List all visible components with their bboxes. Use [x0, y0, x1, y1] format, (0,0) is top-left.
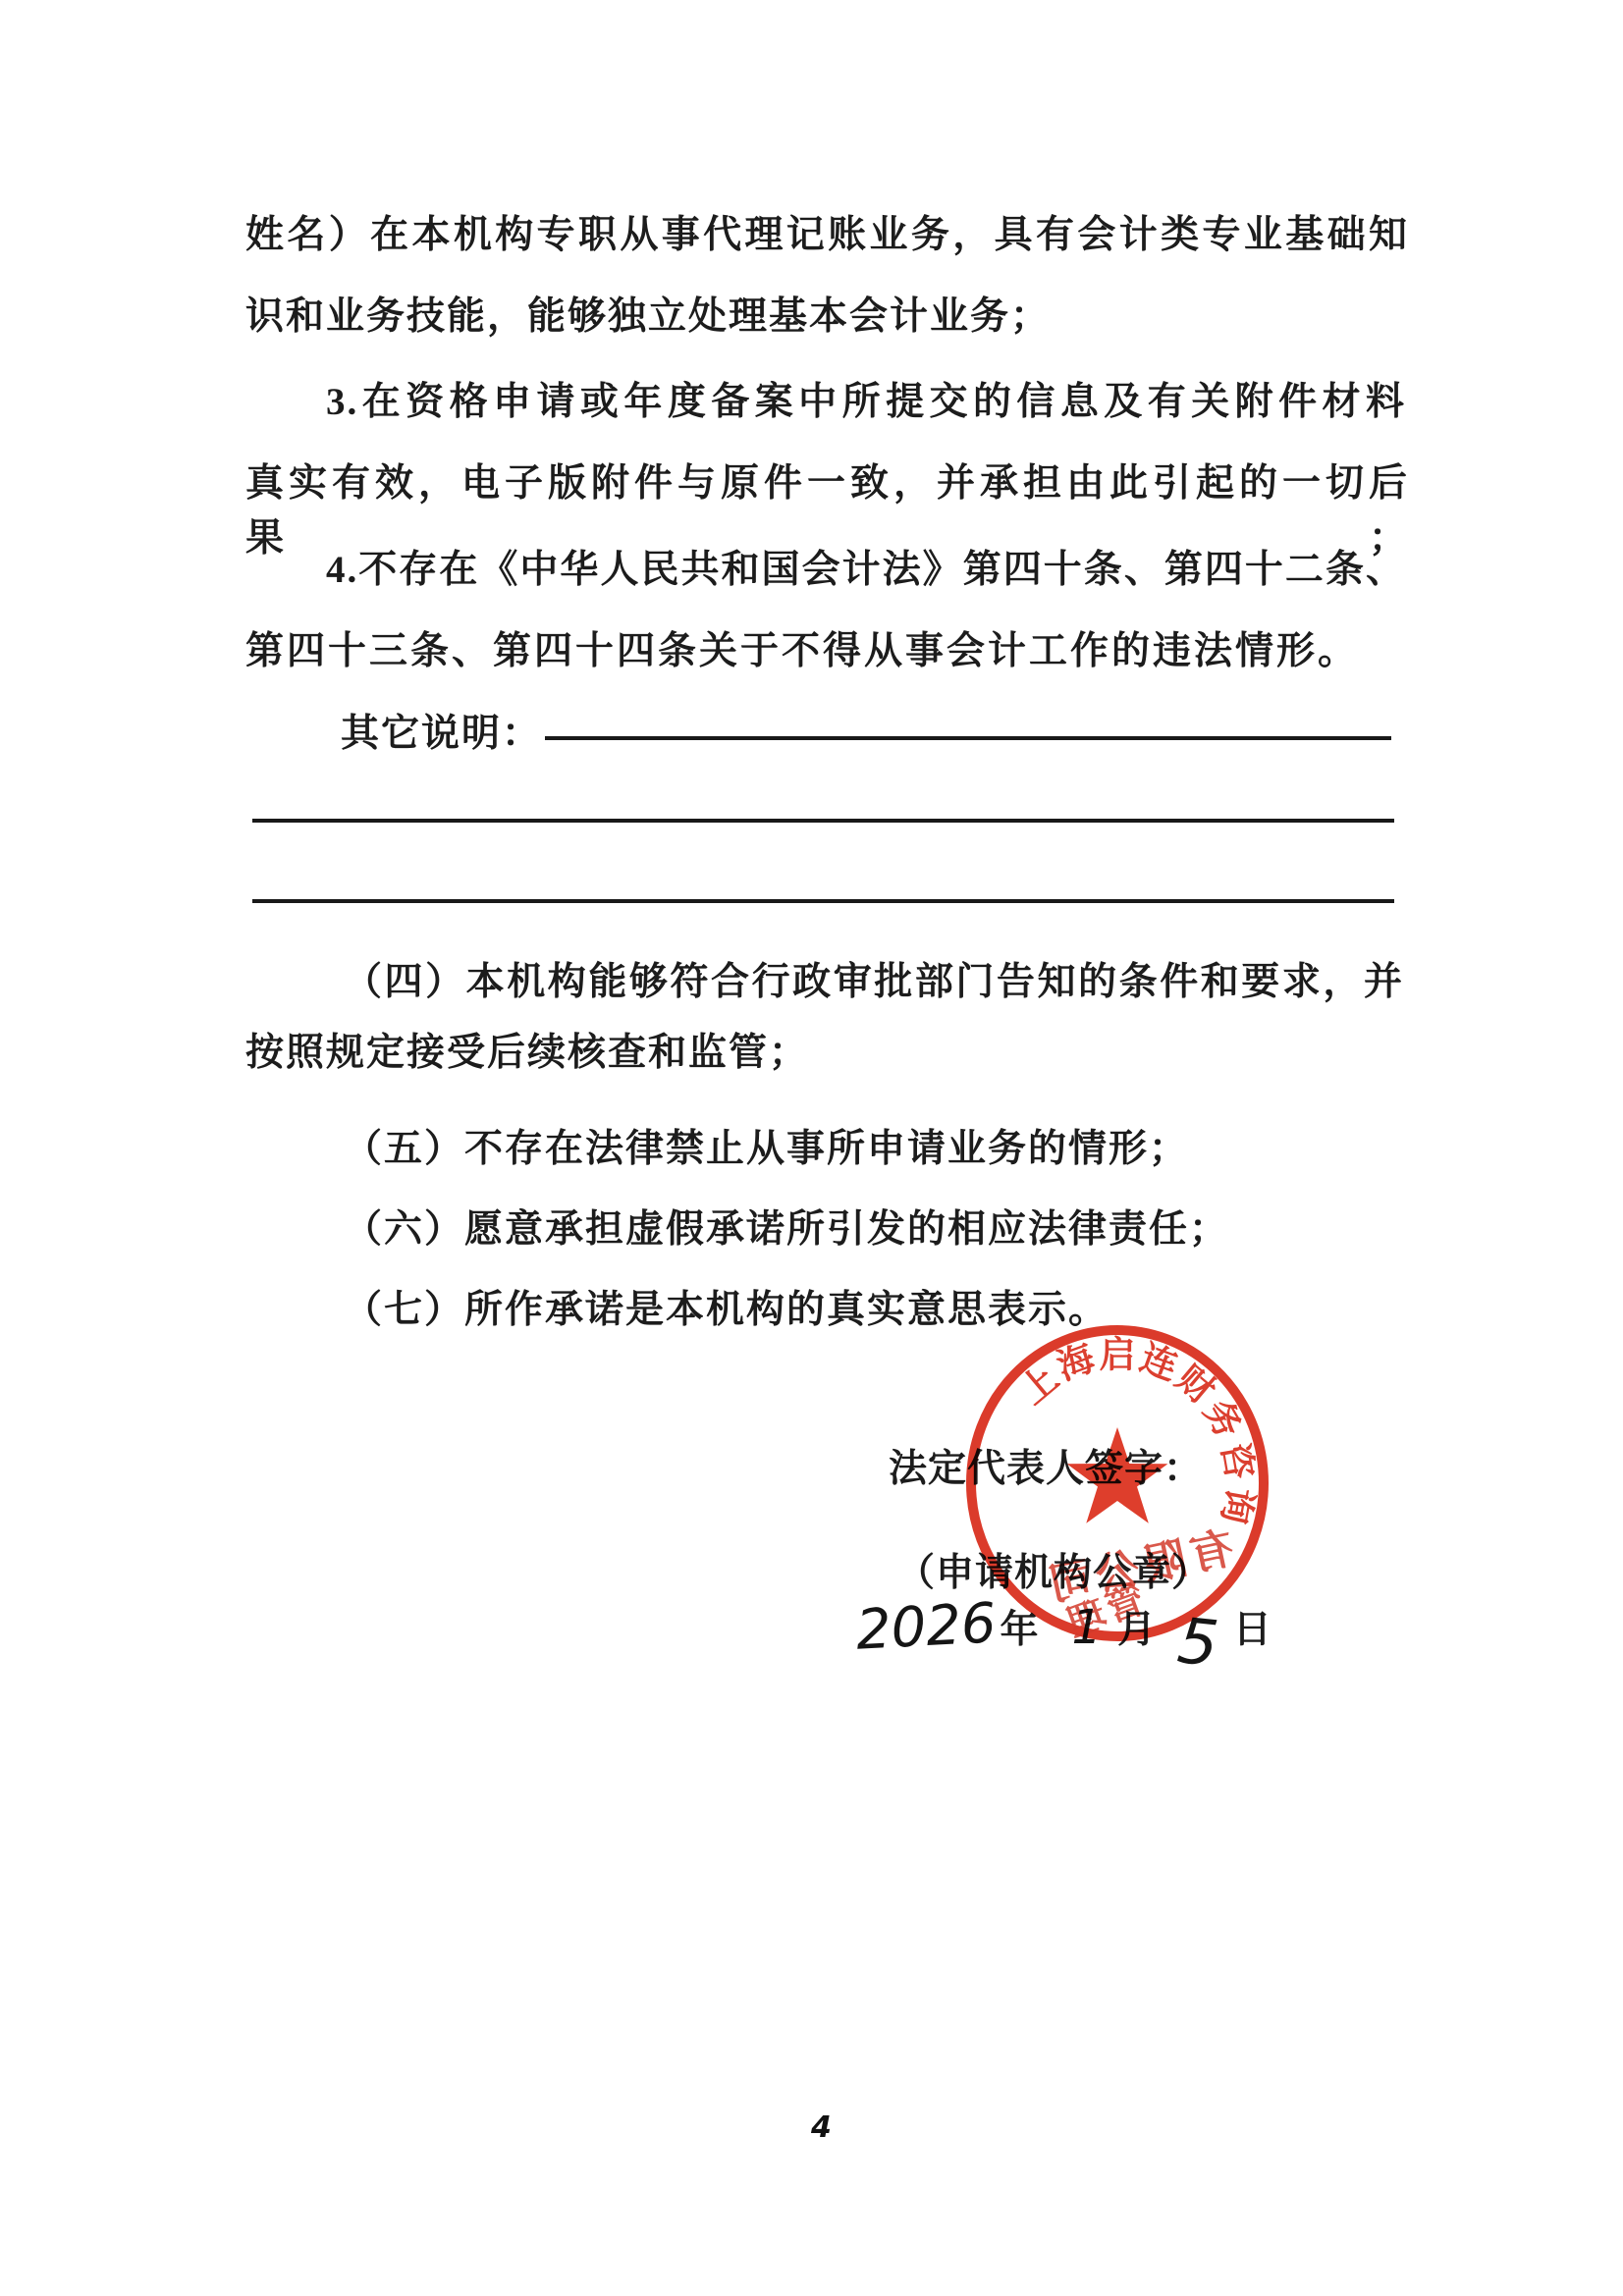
- page-number: 4: [811, 2110, 832, 2145]
- blank-underline: [545, 736, 1391, 740]
- doc-line: 第四十三条、第四十四条关于不得从事会计工作的违法情形。: [245, 620, 1359, 675]
- scanned-document-page: 姓名）在本机构专职从事代理记账业务，具有会计类专业基础知 识和业务技能，能够独立…: [0, 0, 1623, 2296]
- blank-underline: [252, 819, 1394, 823]
- company-seal-graphic: 上 海 启 连 财 务 咨 询 有限公司 管理: [957, 1320, 1281, 1649]
- doc-line: 4.不存在《中华人民共和国会计法》第四十条、第四十二条、: [326, 539, 1406, 594]
- doc-line: 3.在资格申请或年度备案中所提交的信息及有关附件材料: [326, 371, 1406, 426]
- other-notes-label: 其它说明：: [341, 703, 542, 758]
- seal-arc-char: 启: [1100, 1335, 1136, 1376]
- doc-line: （五）不存在法律禁止从事所申请业务的情形；: [344, 1118, 1189, 1173]
- company-seal: 上 海 启 连 财 务 咨 询 有限公司 管理: [957, 1320, 1281, 1654]
- blank-underline: [252, 899, 1394, 903]
- seal-star-icon: [1067, 1427, 1168, 1523]
- seal-arc-char: 询: [1214, 1484, 1261, 1527]
- doc-line: （四）本机构能够符合行政审批部门告知的条件和要求，并: [344, 951, 1404, 1006]
- doc-line: 姓名）在本机构专职从事代理记账业务，具有会计类专业基础知: [245, 204, 1409, 259]
- seal-arc-char: 咨: [1214, 1439, 1261, 1482]
- doc-line: 识和业务技能，能够独立处理基本会计业务；: [245, 286, 1051, 341]
- doc-line: 按照规定接受后续核查和监管；: [245, 1022, 809, 1077]
- doc-line: （六）愿意承担虚假承诺所引发的相应法律责任；: [344, 1199, 1229, 1254]
